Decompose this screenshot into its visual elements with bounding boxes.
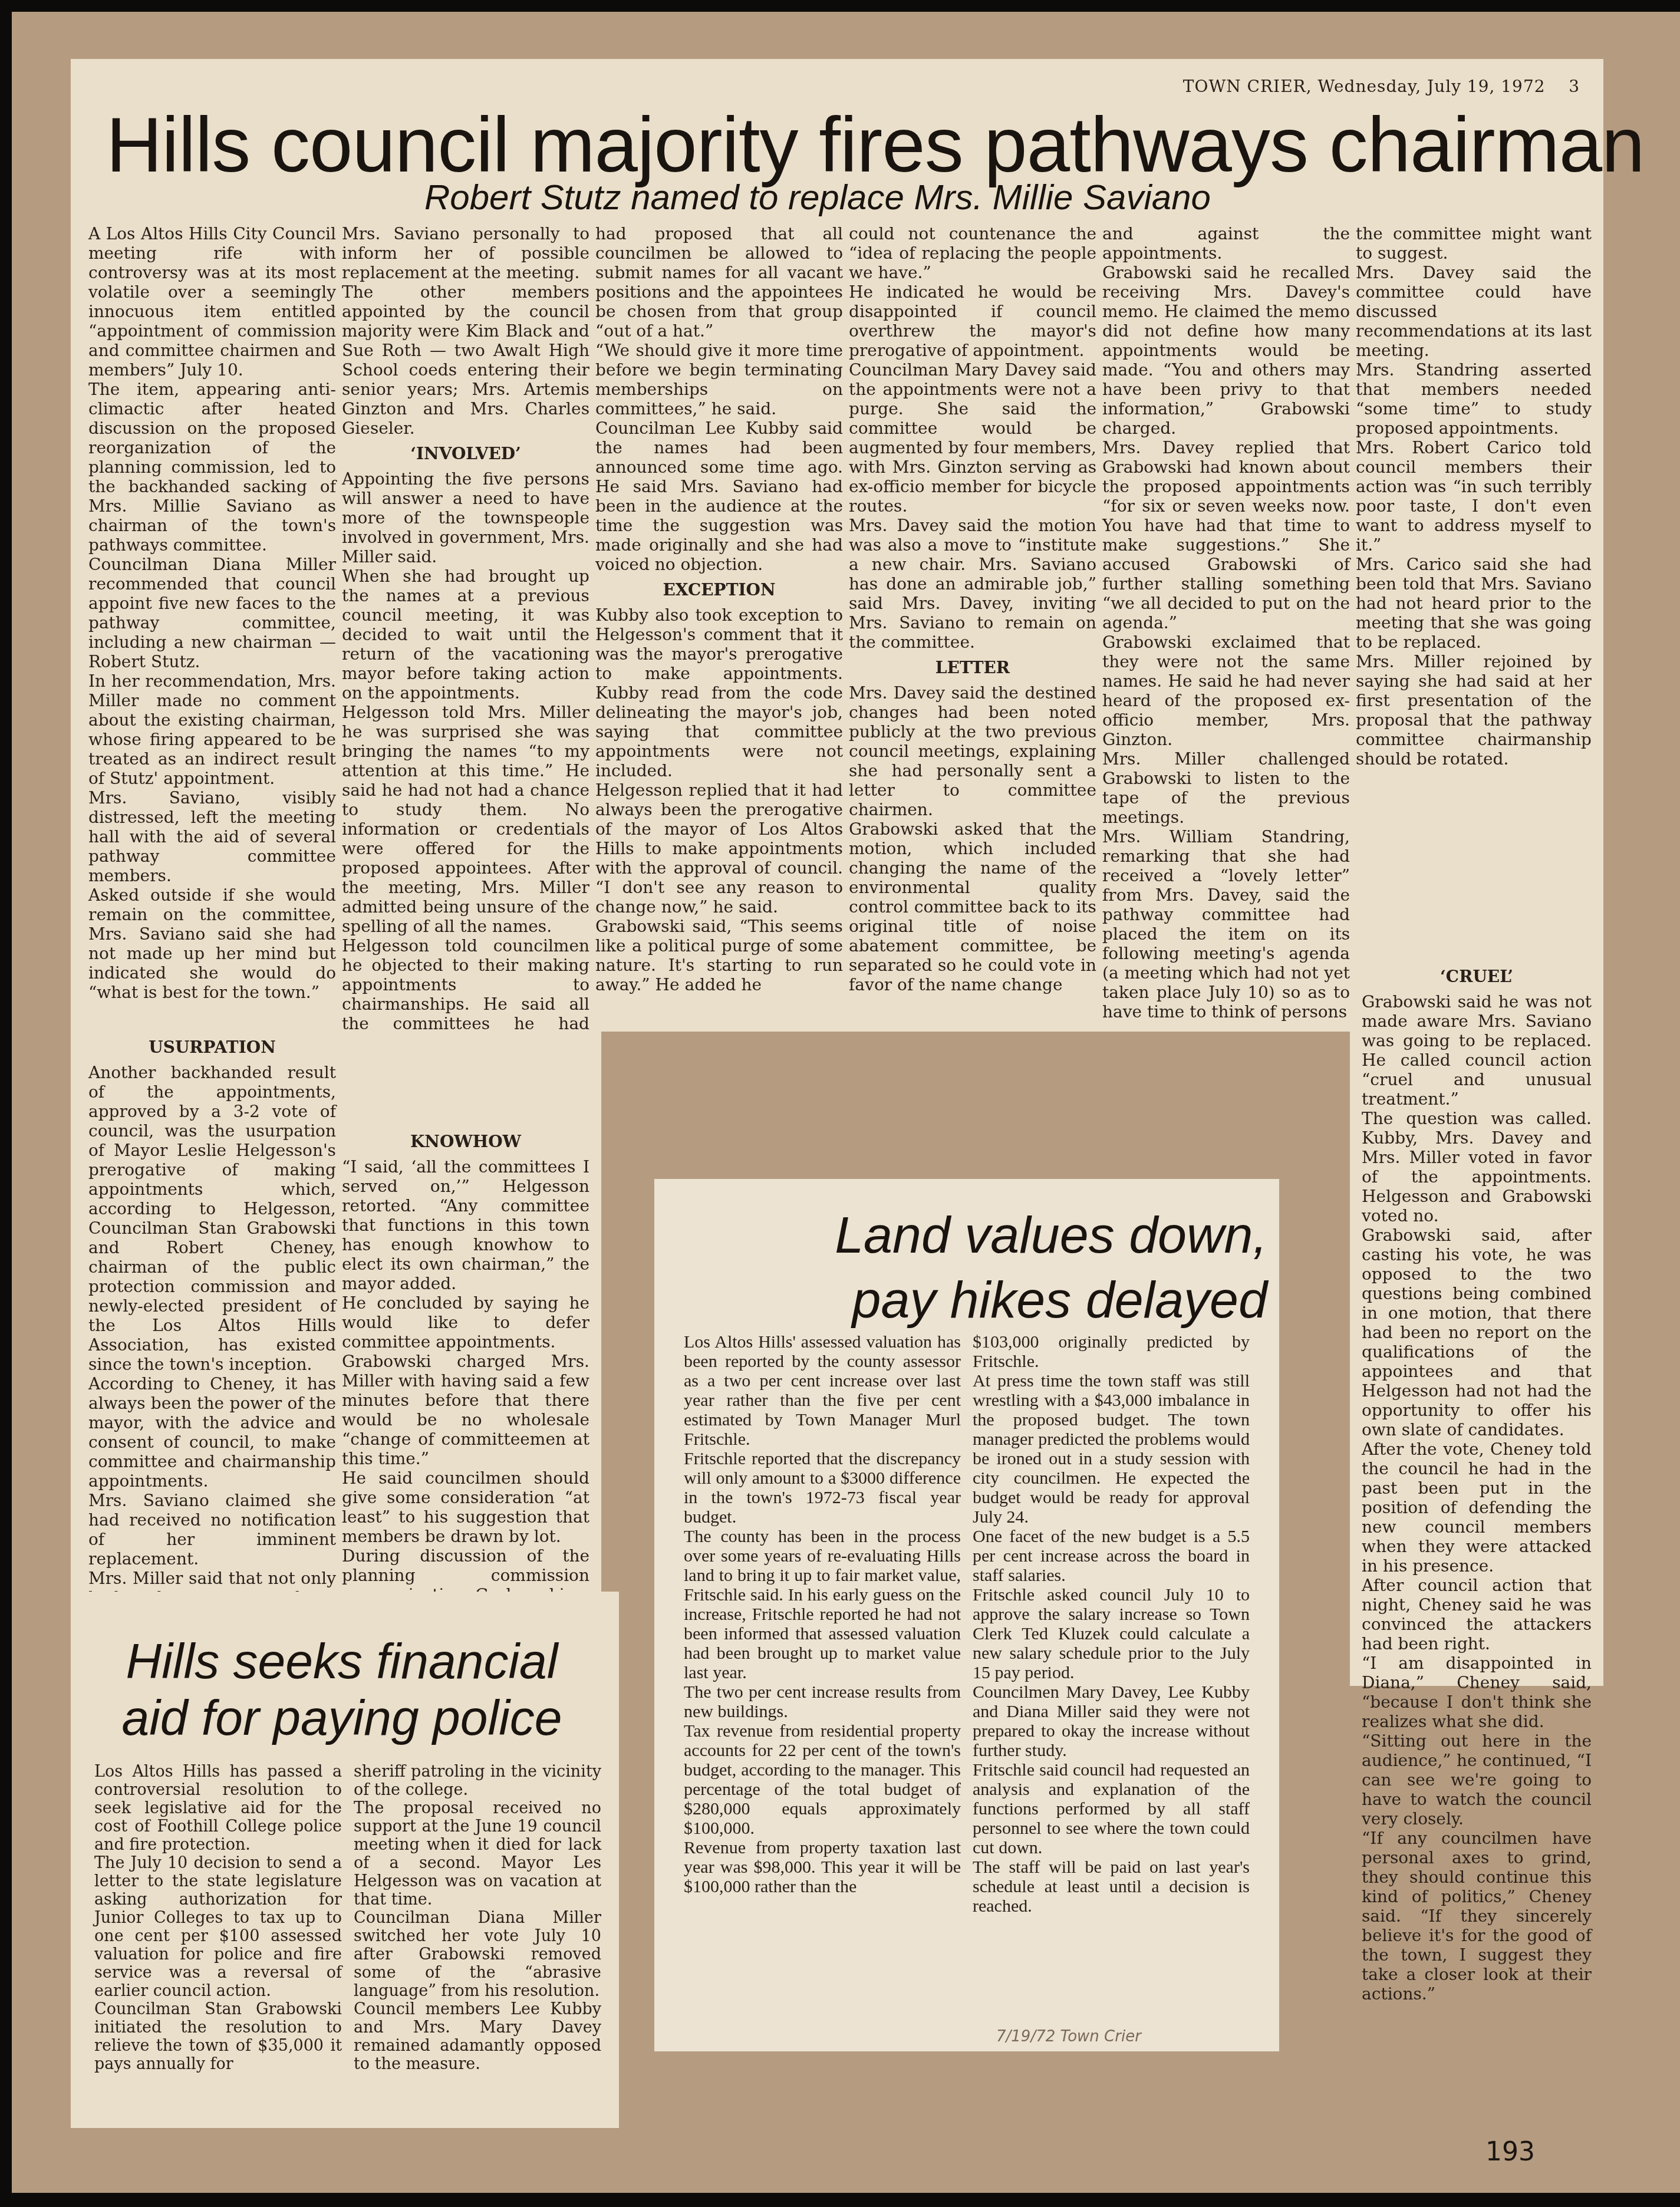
main-col-1: A Los Altos Hills City Council meeting r… [88, 224, 336, 1002]
main-col-2: Mrs. Saviano personally to inform her of… [342, 224, 589, 1131]
police-col-2: sheriff patroling in the vicinity of the… [354, 1763, 601, 2073]
main-deck: Robert Stutz named to replace Mrs. Milli… [424, 177, 1211, 218]
main-col-6-lower: ‘CRUEL’ Grabowski said he was not made a… [1362, 961, 1592, 2004]
main-col-6-cruel: Grabowski said he was not made aware Mrs… [1362, 992, 1592, 2004]
main-col-2-knowhow: “I said, ‘all the committees I served on… [342, 1157, 589, 1605]
main-col-4-cont: Mrs. Davey said the destined changes had… [849, 683, 1096, 994]
subhead-knowhow: KNOWHOW [342, 1132, 589, 1151]
main-col-2-text: Mrs. Saviano personally to inform her of… [342, 224, 589, 438]
main-col-3-text: had proposed that all councilmen be allo… [595, 224, 843, 574]
land-col-1-text: Los Altos Hills' assessed valuation has … [684, 1332, 961, 1896]
main-col-4: could not countenance the “idea of repla… [849, 224, 1096, 994]
main-col-4-text: could not countenance the “idea of repla… [849, 224, 1096, 652]
main-col-6-text: the committee might want to suggest. Mrs… [1356, 224, 1592, 769]
police-headline-line2: aid for paying police [83, 1689, 601, 1746]
main-col-5: and against the appointments. Grabowski … [1102, 224, 1350, 1022]
subhead-letter: LETTER [849, 658, 1096, 677]
police-col-2-text: sheriff patroling in the vicinity of the… [354, 1763, 601, 2073]
main-col-1-lower: USURPATION Another backhanded result of … [88, 1032, 336, 1646]
police-headline-line1: Hills seeks financial [83, 1633, 601, 1689]
main-article-clipping: TOWN CRIER, Wednesday, July 19, 1972 3 H… [71, 59, 1603, 1032]
police-headline: Hills seeks financial aid for paying pol… [83, 1633, 601, 1746]
masthead-page: 3 [1569, 77, 1580, 96]
police-col-1-text: Los Altos Hills has passed a controversi… [94, 1763, 342, 2073]
land-headline: Land values down, pay hikes delayed [690, 1203, 1267, 1332]
main-headline: Hills council majority fires pathways ch… [106, 100, 1645, 189]
land-col-2: $103,000 originally predicted by Fritsch… [973, 1332, 1250, 1916]
main-article-lower-left: USURPATION Another backhanded result of … [71, 1032, 601, 1597]
subhead-involved: ‘INVOLVED’ [342, 444, 589, 463]
subhead-exception: EXCEPTION [595, 580, 843, 599]
land-headline-line1: Land values down, [690, 1203, 1267, 1267]
masthead: TOWN CRIER, Wednesday, July 19, 1972 3 [1183, 77, 1580, 96]
police-col-1: Los Altos Hills has passed a controversi… [94, 1763, 342, 2073]
main-col-3: had proposed that all councilmen be allo… [595, 224, 843, 994]
subhead-usurpation: USURPATION [88, 1037, 336, 1057]
subhead-cruel: ‘CRUEL’ [1362, 967, 1592, 986]
main-article-right-extension: ‘CRUEL’ Grabowski said he was not made a… [1350, 973, 1603, 1686]
land-col-2-text: $103,000 originally predicted by Fritsch… [973, 1332, 1250, 1916]
land-headline-line2: pay hikes delayed [690, 1267, 1267, 1332]
handwritten-date-note: 7/19/72 Town Crier [996, 2028, 1141, 2045]
main-col-2-lower: KNOWHOW “I said, ‘all the committees I s… [342, 1126, 589, 1605]
main-col-1-cont: Another backhanded result of the appoint… [88, 1063, 336, 1646]
land-values-article-clipping: Land values down, pay hikes delayed Los … [654, 1179, 1279, 2051]
masthead-paper: TOWN CRIER, Wednesday, July 19, 1972 [1183, 77, 1546, 96]
main-col-5-text: and against the appointments. Grabowski … [1102, 224, 1350, 633]
land-col-1: Los Altos Hills' assessed valuation has … [684, 1332, 961, 1896]
main-col-1-text: A Los Altos Hills City Council meeting r… [88, 224, 336, 1002]
main-col-5-cont: Grabowski exclaimed that they were not t… [1102, 633, 1350, 1022]
main-col-3-cont: Kubby also took exception to Helgesson's… [595, 605, 843, 994]
main-col-6: the committee might want to suggest. Mrs… [1356, 224, 1592, 769]
police-article-clipping: Hills seeks financial aid for paying pol… [71, 1592, 619, 2128]
handwritten-page-number: 193 [1485, 2137, 1535, 2167]
